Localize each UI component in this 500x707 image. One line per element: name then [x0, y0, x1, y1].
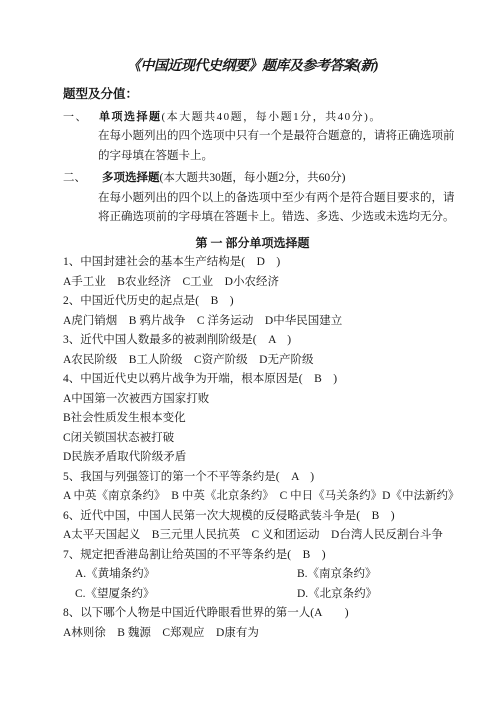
question-3: 3、近代中国人数最多的被剥削阶级是( A ) A农民阶级 B工人阶级 C资产阶级…: [63, 331, 442, 370]
question-7: 7、规定把香港岛割让给英国的不平等条约是( B ) A.《黄埔条约》 B.《南京…: [63, 546, 442, 605]
question-2-options: A虎门销烟 B 鸦片战争 C 洋务运动 D中华民国建立: [63, 312, 442, 332]
question-8: 8、以下哪个人物是中国近代睁眼看世界的第一人(A ) A林则徐 B 魏源 C郑观…: [63, 604, 442, 643]
section-two-heading: 二、多项选择题(本大题共30题，每小题2分，共60分): [63, 169, 442, 189]
question-7-option-b: B.《南京条约》: [297, 565, 377, 585]
question-2-text: 2、中国近代历史的起点是( B ): [63, 292, 442, 312]
section-one-desc-2: 的字母填在答题卡上。: [63, 147, 442, 167]
question-4-option-a: A中国第一次被西方国家打败: [63, 390, 442, 410]
question-1: 1、中国封建社会的基本生产结构是( D ) A手工业 B农业经济 C工业 D小农…: [63, 253, 442, 292]
question-7-option-d: D.《北京条约》: [297, 585, 377, 605]
question-6-text: 6、近代中国，中国人民第一次大规模的反侵略武装斗争是( B ): [63, 507, 442, 527]
section-one-detail: (本大题共40题，每小题1分，共40分)。: [162, 111, 382, 123]
question-8-options: A林则徐 B 魏源 C郑观应 D康有为: [63, 624, 442, 644]
section-two-label: 多项选择题: [102, 172, 160, 184]
document-title: 《中国近现代史纲要》题库及参考答案(新): [63, 58, 442, 76]
question-7-options-row-2: C.《望厦条约》 D.《北京条约》: [63, 585, 442, 605]
question-6-options: A太平天国起义 B三元里人民抗英 C 义和团运动 D台湾人民反割台斗争: [63, 526, 442, 546]
section-two-desc-1: 在每小题列出的四个以上的备选项中至少有两个是符合题目要求的，请: [63, 189, 442, 209]
question-4-option-d: D民族矛盾取代阶级矛盾: [63, 448, 442, 468]
section-one-desc-1: 在每小题列出的四个选项中只有一个是最符合题意的，请将正确选项前: [63, 127, 442, 147]
document-page: 《中国近现代史纲要》题库及参考答案(新) 题型及分值： 一、单项选择题(本大题共…: [0, 0, 500, 707]
question-3-text: 3、近代中国人数最多的被剥削阶级是( A ): [63, 331, 442, 351]
question-4-text: 4、中国近代史以鸦片战争为开端，根本原因是( B ): [63, 370, 442, 390]
question-5-options: A 中英《南京条约》 B 中英《北京条约》 C 中日《马关条约》D《中法新约》: [63, 487, 442, 507]
question-5-text: 5、我国与列强签订的第一个不平等条约是( A ): [63, 468, 442, 488]
section-one-label: 单项选择题: [99, 111, 162, 123]
question-7-options-row-1: A.《黄埔条约》 B.《南京条约》: [63, 565, 442, 585]
section-one-heading: 一、单项选择题(本大题共40题，每小题1分，共40分)。: [63, 108, 442, 128]
part-one-heading: 第 一 部分单项选择题: [63, 234, 442, 254]
section-one-enum: 一、: [63, 111, 88, 123]
question-4-option-b: B社会性质发生根本变化: [63, 409, 442, 429]
question-6: 6、近代中国，中国人民第一次大规模的反侵略武装斗争是( B ) A太平天国起义 …: [63, 507, 442, 546]
question-4-option-c: C闭关锁国状态被打破: [63, 429, 442, 449]
question-1-text: 1、中国封建社会的基本生产结构是( D ): [63, 253, 442, 273]
question-4: 4、中国近代史以鸦片战争为开端，根本原因是( B ) A中国第一次被西方国家打败…: [63, 370, 442, 468]
question-8-text: 8、以下哪个人物是中国近代睁眼看世界的第一人(A ): [63, 604, 442, 624]
question-7-text: 7、规定把香港岛割让给英国的不平等条约是( B ): [63, 546, 442, 566]
question-3-options: A农民阶级 B工人阶级 C资产阶级 D无产阶级: [63, 351, 442, 371]
section-two-desc-2: 将正确选项前的字母填在答题卡上。错选、多选、少选或未选均无分。: [63, 208, 442, 228]
section-two-detail: (本大题共30题，每小题2分，共60分): [160, 172, 346, 184]
section-two-enum: 二、: [63, 172, 86, 184]
question-1-options: A手工业 B农业经济 C工业 D小农经济: [63, 273, 442, 293]
question-7-option-a: A.《黄埔条约》: [75, 565, 297, 585]
question-5: 5、我国与列强签订的第一个不平等条约是( A ) A 中英《南京条约》 B 中英…: [63, 468, 442, 507]
question-2: 2、中国近代历史的起点是( B ) A虎门销烟 B 鸦片战争 C 洋务运动 D中…: [63, 292, 442, 331]
question-7-option-c: C.《望厦条约》: [75, 585, 297, 605]
intro-heading: 题型及分值：: [63, 85, 442, 105]
